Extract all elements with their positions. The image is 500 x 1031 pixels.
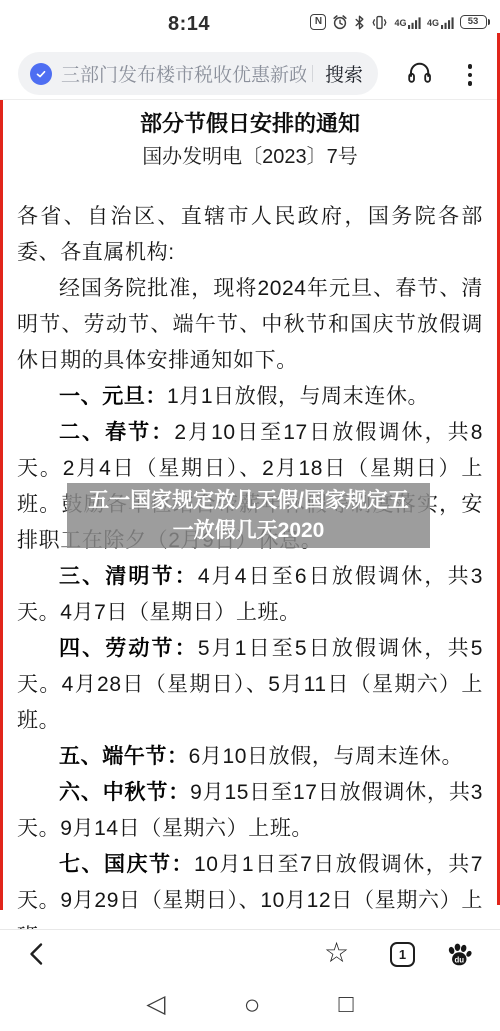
- star-icon[interactable]: ☆: [324, 935, 349, 971]
- search-input[interactable]: 三部门发布楼市税收优惠新政 搜索: [18, 52, 378, 95]
- battery-percent: 53: [460, 15, 487, 29]
- search-button[interactable]: 搜索: [325, 60, 363, 87]
- watermark-text: 五一国家规定放几天假/国家规定五: [88, 486, 409, 516]
- vibrate-icon: [371, 15, 388, 30]
- headset-icon[interactable]: [406, 60, 433, 91]
- android-nav-bar: ◁ ○ □: [0, 978, 500, 1031]
- doc-paragraph: 经国务院批准，现将2024年元旦、春节、清明节、劳动节、端午节、中秋节和国庆节放…: [17, 271, 483, 379]
- nav-home-icon[interactable]: ○: [244, 991, 261, 1019]
- signal-4g-icon: 4G: [394, 16, 421, 29]
- watermark-overlay: 五一国家规定放几天假/国家规定五一放假几天2020: [67, 483, 430, 548]
- svg-text:du: du: [454, 955, 464, 964]
- doc-paragraph: 三、清明节：4月4日至6日放假调休，共3天。4月7日（星期日）上班。: [17, 559, 483, 631]
- overflow-menu-icon[interactable]: [466, 62, 475, 88]
- document-body: 各省、自治区、直辖市人民政府，国务院各部委、各直属机构:经国务院批准，现将202…: [17, 199, 483, 929]
- document-number: 国办发明电〔2023〕7号: [17, 141, 483, 173]
- watermark-text: 一放假几天2020: [173, 516, 325, 546]
- phone-screen: 8:14 N 4G: [0, 0, 500, 1031]
- signal-4g-icon: 4G: [427, 16, 454, 29]
- tab-counter[interactable]: 1: [390, 942, 415, 967]
- doc-paragraph: 五、端午节：6月10日放假，与周末连休。: [17, 739, 483, 775]
- browser-search-bar: 三部门发布楼市税收优惠新政 搜索: [0, 48, 500, 100]
- search-query-text: 三部门发布楼市税收优惠新政: [61, 60, 306, 87]
- doc-paragraph: 七、国庆节：10月1日至7日放假调休，共7天。9月29日（星期日）、10月12日…: [17, 847, 483, 929]
- document-title: 部分节假日安排的通知: [17, 110, 483, 138]
- clock-time: 8:14: [168, 13, 210, 36]
- baidu-paw-icon[interactable]: du: [446, 942, 473, 972]
- divider: [312, 65, 313, 82]
- doc-paragraph: 六、中秋节：9月15日至17日放假调休，共3天。9月14日（星期六）上班。: [17, 775, 483, 847]
- nav-back-icon[interactable]: ◁: [146, 992, 165, 1017]
- back-chevron-icon[interactable]: [26, 940, 50, 973]
- nfc-icon: N: [310, 14, 326, 30]
- status-icons: N 4G 4G: [310, 14, 490, 30]
- nav-recents-icon[interactable]: □: [339, 992, 354, 1017]
- browser-toolbar: ☆ 1 du: [0, 929, 500, 978]
- alarm-icon: [332, 14, 348, 30]
- doc-paragraph: 一、元旦：1月1日放假，与周末连休。: [17, 379, 483, 415]
- screen-record-edge-left: [0, 100, 3, 910]
- doc-paragraph: 四、劳动节：5月1日至5日放假调休，共5天。4月28日（星期日）、5月11日（星…: [17, 631, 483, 739]
- doc-paragraph: 各省、自治区、直辖市人民政府，国务院各部委、各直属机构:: [17, 199, 483, 271]
- bluetooth-icon: [354, 15, 365, 30]
- verified-badge-icon: [30, 63, 52, 85]
- battery-icon: 53: [460, 15, 491, 29]
- status-bar: 8:14 N 4G: [0, 0, 500, 48]
